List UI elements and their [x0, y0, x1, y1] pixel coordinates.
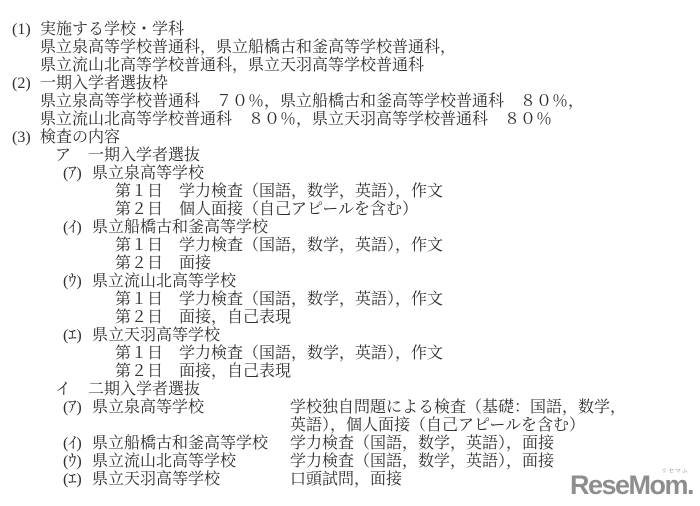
item-mark: (ｲ): [63, 435, 92, 453]
section-3-number: (3): [12, 129, 40, 147]
section-3-title: 検査の内容: [40, 129, 120, 146]
school-heading: (ｳ)県立流山北高等学校: [0, 273, 700, 291]
exam-day-line: 第１日 学力検査（国語，数学，英語），作文: [0, 291, 700, 309]
school-name: 県立流山北高等学校: [92, 453, 236, 470]
exam-description: 学校独自問題による検査（基礎：国語，数学，: [290, 399, 626, 417]
school-name: 県立泉高等学校: [92, 165, 204, 182]
school-heading: (ｱ)県立泉高等学校: [0, 165, 700, 183]
item-mark: (ｱ): [63, 165, 92, 183]
school-name: 県立泉高等学校: [92, 399, 204, 416]
section-3-heading: (3)検査の内容: [0, 129, 700, 147]
section-1-title: 実施する学校・学科: [40, 21, 184, 38]
school-exam-row: (ｲ)県立船橋古和釜高等学校学力検査（国語，数学，英語），面接: [0, 435, 700, 453]
item-mark: (ｱ): [63, 399, 92, 417]
exam-day-line: 第２日 面接，自己表現: [0, 309, 700, 327]
item-mark: (ｴ): [63, 471, 92, 489]
school-exam-row: (ｱ)県立泉高等学校学校独自問題による検査（基礎：国語，数学，: [0, 399, 700, 417]
school-exam-row: (ｳ)県立流山北高等学校学力検査（国語，数学，英語），面接: [0, 453, 700, 471]
exam-description: 口頭試問，面接: [290, 471, 402, 489]
exam-day-line: 第２日 個人面接（自己アピールを含む）: [0, 201, 700, 219]
subsection-a-heading: ア一期入学者選抜: [0, 147, 700, 165]
exam-day-line: 第１日 学力検査（国語，数学，英語），作文: [0, 237, 700, 255]
section-2-body-line: 県立流山北高等学校普通科 ８０％，県立天羽高等学校普通科 ８０％: [0, 111, 700, 129]
exam-day-line: 第１日 学力検査（国語，数学，英語），作文: [0, 345, 700, 363]
section-2-body-line: 県立泉高等学校普通科 ７０％，県立船橋古和釜高等学校普通科 ８０％，: [0, 93, 700, 111]
exam-description: 学力検査（国語，数学，英語），面接: [290, 435, 554, 453]
exam-day-line: 第１日 学力検査（国語，数学，英語），作文: [0, 183, 700, 201]
section-2-number: (2): [12, 75, 40, 93]
section-1-body-line: 県立泉高等学校普通科，県立船橋古和釜高等学校普通科，: [0, 39, 700, 57]
exam-description: 学力検査（国語，数学，英語），面接: [290, 453, 554, 471]
school-heading: (ｴ)県立天羽高等学校: [0, 327, 700, 345]
subsection-a-label: ア: [55, 147, 88, 165]
school-name: 県立天羽高等学校: [92, 471, 220, 488]
subsection-a-title: 一期入学者選抜: [88, 147, 200, 164]
resemom-logo-ruby: リセマム: [661, 469, 689, 475]
item-mark: (ｲ): [63, 219, 92, 237]
school-name: 県立天羽高等学校: [92, 327, 220, 344]
school-name: 県立流山北高等学校: [92, 273, 236, 290]
document: (1)実施する学校・学科 県立泉高等学校普通科，県立船橋古和釜高等学校普通科， …: [0, 21, 700, 489]
item-mark: (ｴ): [63, 327, 92, 345]
exam-description-wrap: 英語），個人面接（自己アピールを含む）: [0, 417, 700, 435]
section-2-heading: (2)一期入学者選抜枠: [0, 75, 700, 93]
resemom-logo: リセマム ReseMom.: [570, 472, 693, 499]
section-1-heading: (1)実施する学校・学科: [0, 21, 700, 39]
item-mark: (ｳ): [63, 453, 92, 471]
subsection-i-heading: イ二期入学者選抜: [0, 381, 700, 399]
subsection-i-label: イ: [55, 381, 88, 399]
section-2-title: 一期入学者選抜枠: [40, 75, 168, 92]
exam-day-line: 第２日 面接: [0, 255, 700, 273]
school-name: 県立船橋古和釜高等学校: [92, 219, 268, 236]
item-mark: (ｳ): [63, 273, 92, 291]
school-name: 県立船橋古和釜高等学校: [92, 435, 268, 452]
section-1-body-line: 県立流山北高等学校普通科，県立天羽高等学校普通科: [0, 57, 700, 75]
section-1-number: (1): [12, 21, 40, 39]
subsection-i-title: 二期入学者選抜: [88, 381, 200, 398]
exam-day-line: 第２日 面接，自己表現: [0, 363, 700, 381]
school-heading: (ｲ)県立船橋古和釜高等学校: [0, 219, 700, 237]
